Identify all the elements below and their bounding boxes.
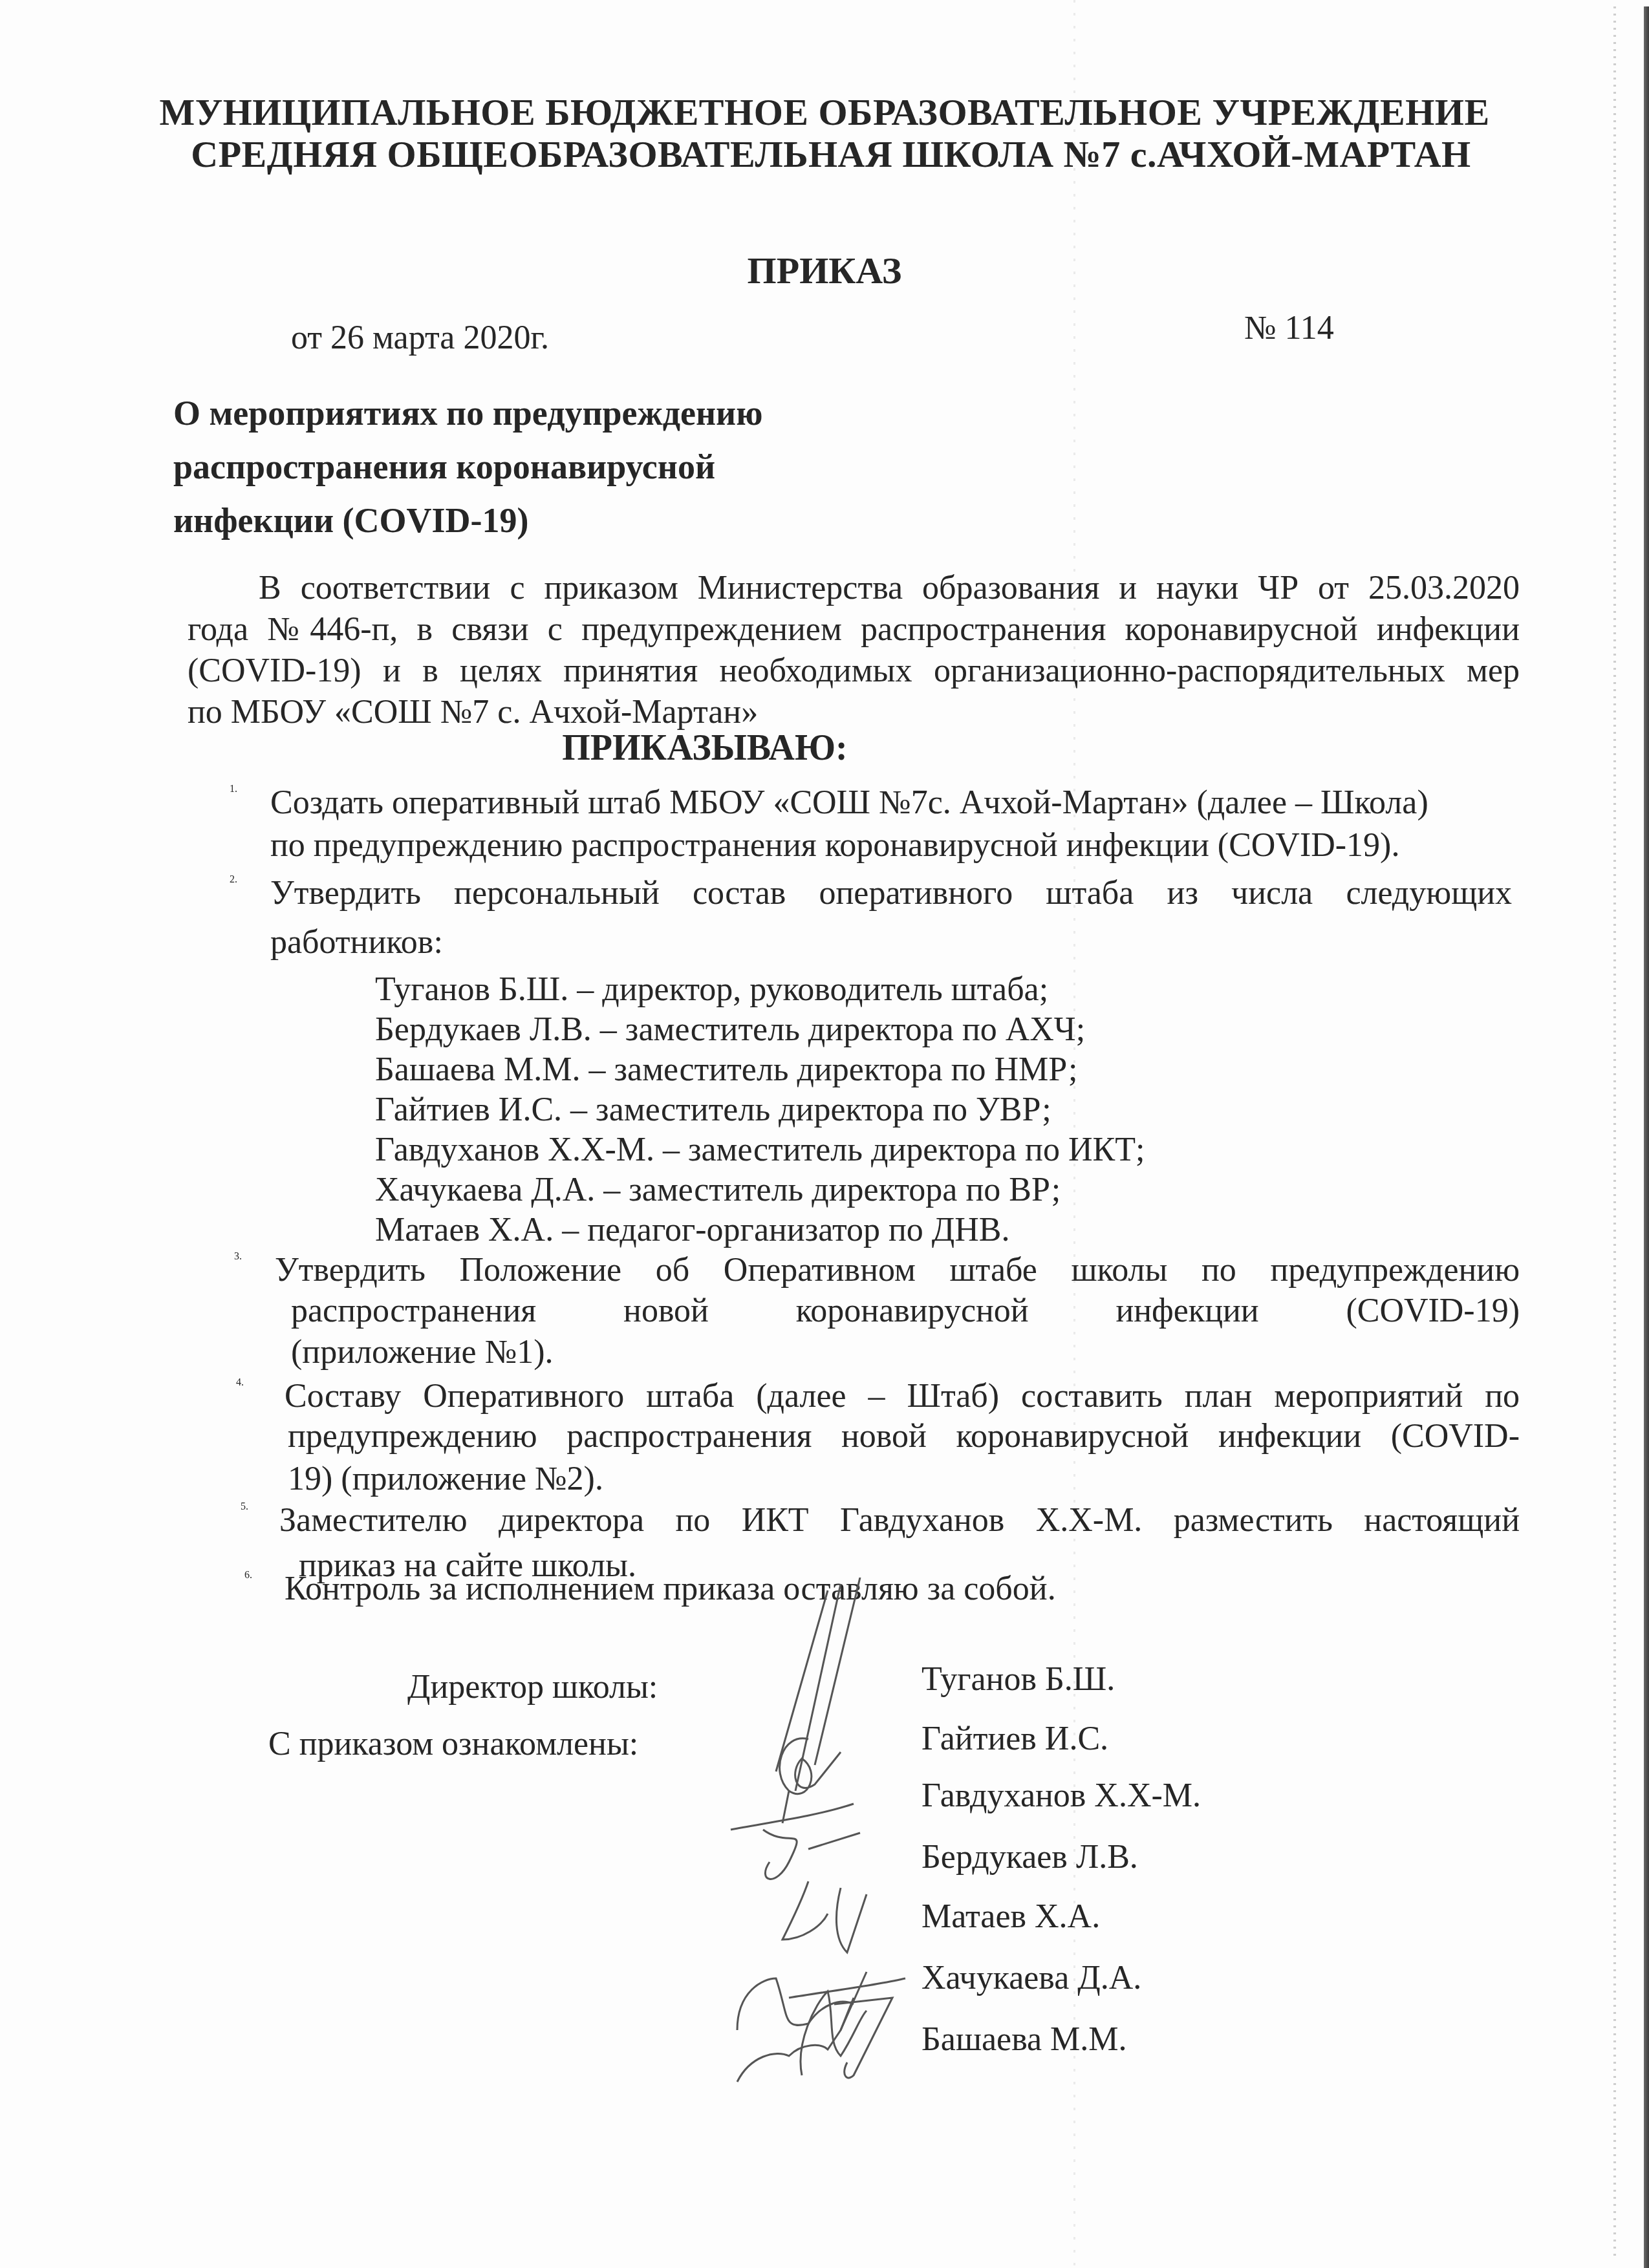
subject-line: О мероприятиях по предупреждению	[173, 387, 763, 440]
subject-line: распространения коронавирусной	[173, 440, 763, 494]
document-page: МУНИЦИПАЛЬНОЕ БЮДЖЕТНОЕ ОБРАЗОВАТЕЛЬНОЕ …	[0, 0, 1649, 2268]
item-number: 4.	[236, 1377, 244, 1389]
item-line: по предупреждению распространения корона…	[270, 826, 1399, 864]
acquainted-name: Бердукаев Л.В.	[921, 1838, 1138, 1876]
scanner-edge	[1644, 6, 1649, 2268]
acquainted-name: Башаева М.М.	[921, 2020, 1127, 2059]
item-number: 5.	[241, 1501, 248, 1513]
item-line: Заместителю директора по ИКТ Гавдуханов …	[279, 1501, 1520, 1539]
staff-member: Гавдуханов Х.Х-М. – заместитель директор…	[375, 1130, 1145, 1170]
institution-name-line2: СРЕДНЯЯ ОБЩЕОБРАЗОВАТЕЛЬНАЯ ШКОЛА №7 с.А…	[6, 133, 1649, 176]
acquainted-name: Гайтиев И.С.	[921, 1720, 1108, 1758]
staff-member: Башаева М.М. – заместитель директора по …	[375, 1050, 1145, 1090]
item-number: 1.	[230, 784, 237, 795]
item-number: 6.	[244, 1570, 252, 1581]
item-line: 19) (приложение №2).	[288, 1460, 603, 1498]
acquainted-name: Хачукаева Д.А.	[921, 1959, 1141, 1997]
order-subject: О мероприятиях по предупреждению распрос…	[173, 387, 763, 548]
order-title: ПРИКАЗ	[0, 249, 1649, 292]
staff-member: Бердукаев Л.В. – заместитель директора п…	[375, 1010, 1145, 1050]
intro-paragraph: В соответствии с приказом Министерства о…	[188, 568, 1520, 733]
item-line: (приложение №1).	[291, 1333, 554, 1371]
staff-member: Гайтиев И.С. – заместитель директора по …	[375, 1090, 1145, 1130]
item-number: 2.	[230, 874, 237, 886]
institution-name-line1: МУНИЦИПАЛЬНОЕ БЮДЖЕТНОЕ ОБРАЗОВАТЕЛЬНОЕ …	[0, 91, 1649, 134]
order-number: № 114	[1244, 309, 1334, 347]
staff-member: Матаев Х.А. – педагог-организатор по ДНВ…	[375, 1210, 1145, 1250]
staff-list: Туганов Б.Ш. – директор, руководитель шт…	[375, 970, 1145, 1250]
acquainted-name: Матаев Х.А.	[921, 1898, 1100, 1936]
item-line: Контроль за исполнением приказа оставляю…	[285, 1570, 1056, 1608]
subject-line: инфекции (COVID-19)	[173, 494, 763, 548]
intro-line: года №446-п, в связи с предупреждением р…	[188, 609, 1520, 650]
handwritten-signature-bashaeva	[776, 1978, 905, 2082]
item-line: предупреждению распространения новой кор…	[288, 1417, 1520, 1455]
intro-line: (COVID-19) и в целях принятия необходимы…	[188, 650, 1520, 692]
acquainted-label: С приказом ознакомлены:	[268, 1725, 638, 1763]
staff-member: Туганов Б.Ш. – директор, руководитель шт…	[375, 970, 1145, 1010]
intro-line: В соответствии с приказом Министерства о…	[188, 568, 1520, 609]
item-line: Утвердить персональный состав оперативно…	[270, 874, 1512, 912]
staff-member: Хачукаева Д.А. – заместитель директора п…	[375, 1170, 1145, 1210]
order-date: от 26 марта 2020г.	[291, 319, 549, 357]
acquainted-name: Гавдуханов Х.Х-М.	[921, 1777, 1201, 1815]
item-line: Составу Оперативного штаба (далее – Штаб…	[285, 1377, 1520, 1415]
item-number: 3.	[234, 1251, 242, 1263]
item-line: Создать оперативный штаб МБОУ «СОШ №7с. …	[270, 784, 1512, 822]
director-name: Туганов Б.Ш.	[921, 1660, 1115, 1698]
director-label: Директор школы:	[407, 1668, 658, 1706]
item-line: распространения новой коронавирусной инф…	[291, 1292, 1520, 1330]
item-line: работников:	[270, 923, 443, 961]
decree-heading: ПРИКАЗЫВАЮ:	[0, 727, 1410, 769]
item-line: Утвердить Положение об Оперативном штабе…	[275, 1251, 1520, 1289]
scanner-noise	[1613, 6, 1616, 2256]
